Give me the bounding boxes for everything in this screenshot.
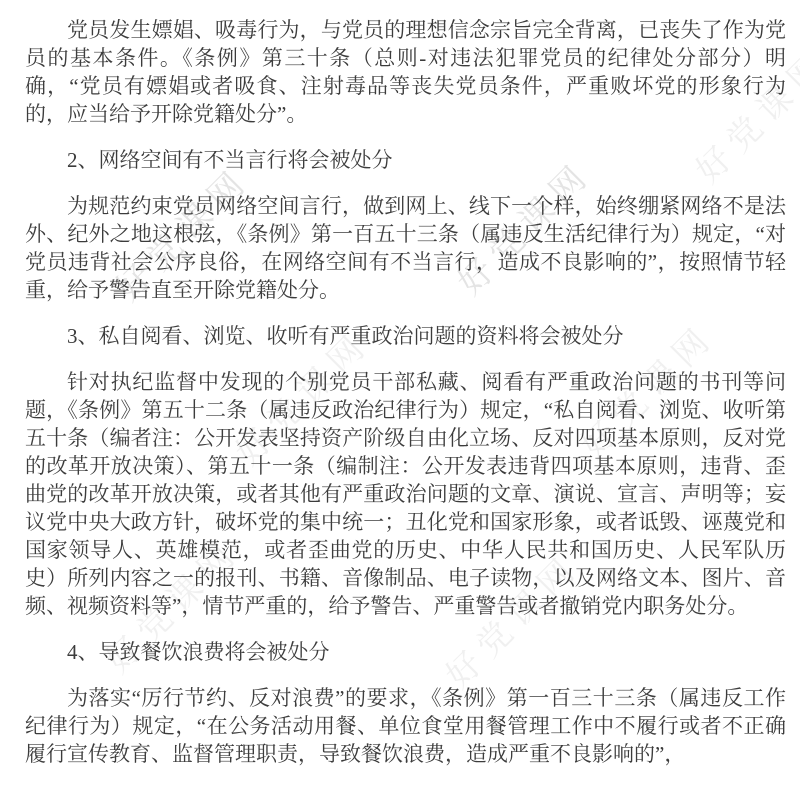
paragraph-political-materials: 针对执纪监督中发现的个别党员干部私藏、阅看有严重政治问题的书刊等问题，《条例》第… <box>25 368 786 620</box>
heading-section-2: 2、网络空间有不当言行将会被处分 <box>25 146 786 174</box>
heading-section-4: 4、导致餐饮浪费将会被处分 <box>25 638 786 666</box>
paragraph-online-speech: 为规范约束党员网络空间言行，做到网上、线下一个样，始终绷紧网络不是法外、纪外之地… <box>25 192 786 304</box>
heading-section-3: 3、私自阅看、浏览、收听有严重政治问题的资料将会被处分 <box>25 322 786 350</box>
paragraph-party-conduct: 党员发生嫖娼、吸毒行为，与党员的理想信念宗旨完全背离，已丧失了作为党员的基本条件… <box>25 16 786 128</box>
document-content: 党员发生嫖娼、吸毒行为，与党员的理想信念宗旨完全背离，已丧失了作为党员的基本条件… <box>25 16 786 768</box>
paragraph-food-waste: 为落实“厉行节约、反对浪费”的要求，《条例》第一百三十三条（属违反工作纪律行为）… <box>25 684 786 768</box>
document-page: 好党课网 好党课网 好党课网 好党课网 好党课网 好党课网 好党课网 党员发生嫖… <box>0 0 800 800</box>
